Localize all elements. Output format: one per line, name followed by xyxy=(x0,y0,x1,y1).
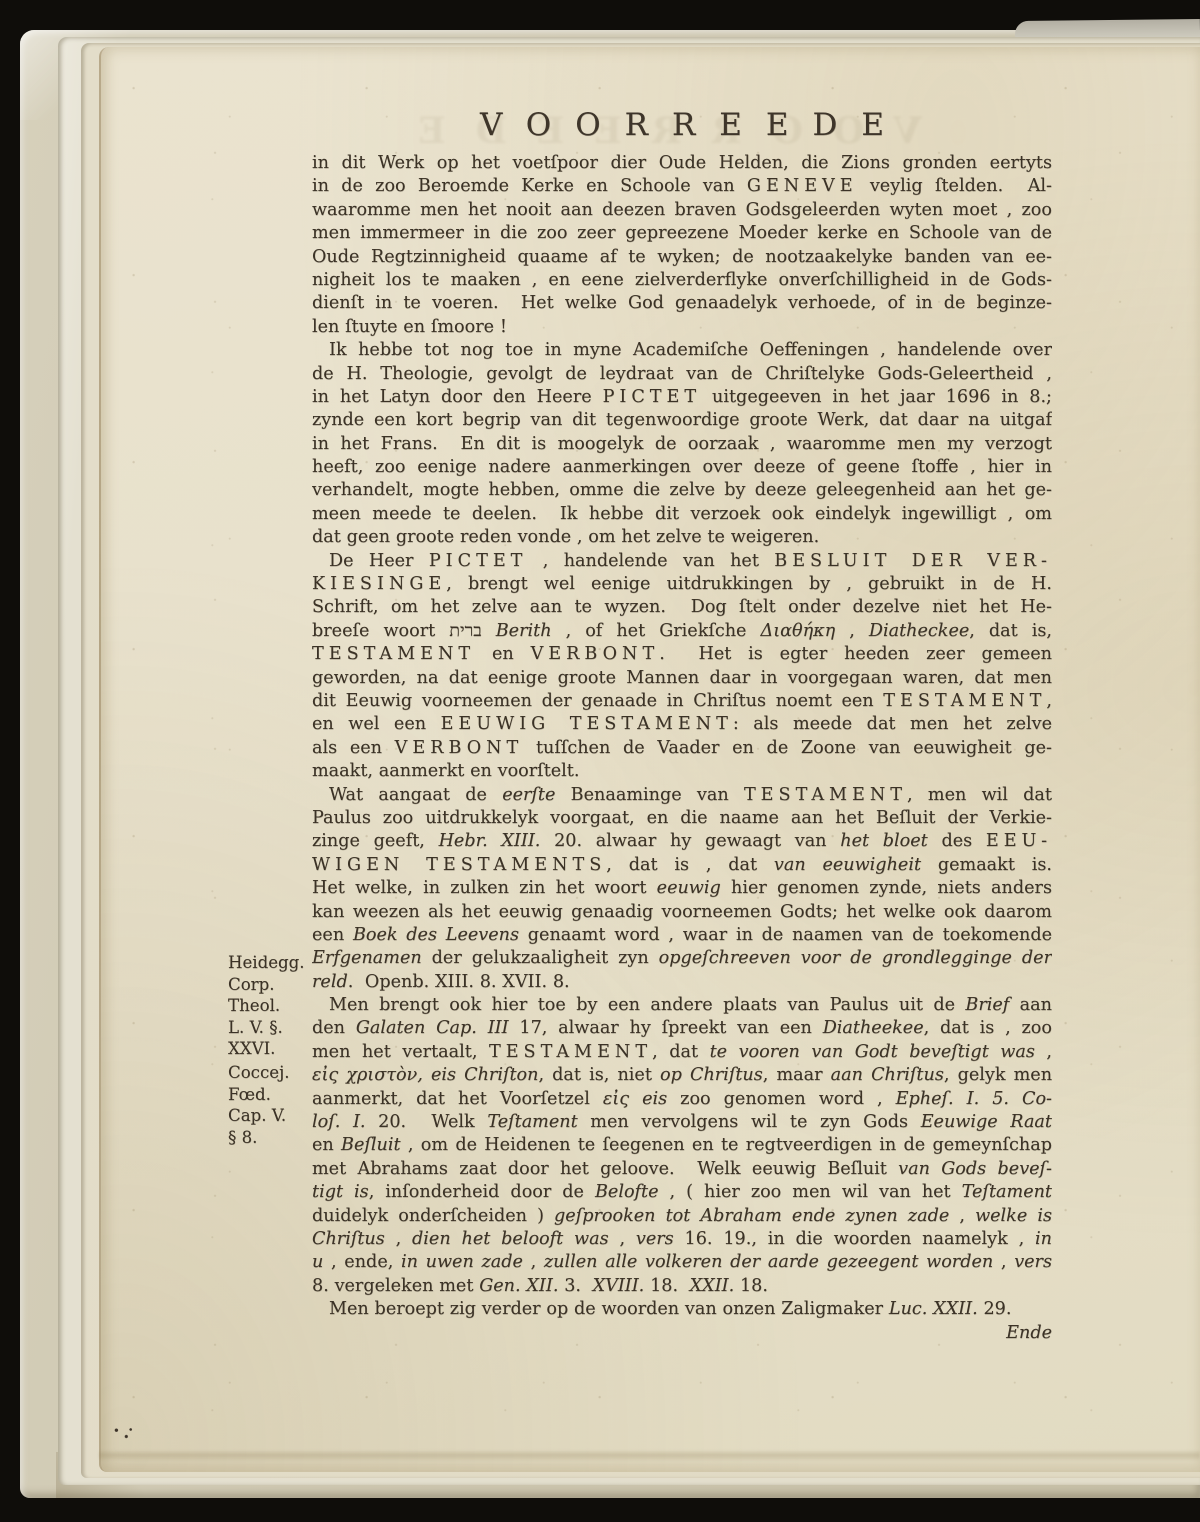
text-line: verhandelt, mogte hebben, omme die zelve… xyxy=(312,479,1052,502)
text-line: in het Frans. En dit is moogelyk de oorz… xyxy=(312,433,1052,456)
text-line: waaromme men het nooit aan deezen braven… xyxy=(312,199,1052,222)
text-line: en Beſluit , om de Heidenen te ſeegenen … xyxy=(312,1134,1052,1157)
text-line: de H. Theologie, gevolgt de leydraat van… xyxy=(312,363,1052,386)
margin-note-line: XXVI. xyxy=(228,1038,312,1060)
text-line: TESTAMENT en VERBONT. Het is egter heede… xyxy=(312,643,1052,666)
paragraph: Ik hebbe tot nog toe in myne Academiſche… xyxy=(312,339,1052,550)
text-line: loſ. I. 20. Welk Teſtament men vervolgen… xyxy=(312,1111,1052,1134)
text-line: Men brengt ook hier toe by een andere pl… xyxy=(312,994,1052,1017)
text-line: en wel een EEUWIG TESTAMENT: als meede d… xyxy=(312,713,1052,736)
text-line: tigt is, inſonderheid door de Belofte , … xyxy=(312,1181,1052,1204)
text-line: geworden, na dat eenige groote Mannen da… xyxy=(312,667,1052,690)
text-line: Paulus zoo uitdrukkelyk voorgaat, en die… xyxy=(312,807,1052,830)
text-line: u , ende, in uwen zade , zullen alle vol… xyxy=(312,1251,1052,1274)
text-line: Erfgenamen der gelukzaaligheit zyn opgeſ… xyxy=(312,947,1052,970)
text-line: Het welke, in zulken zin het woort eeuwi… xyxy=(312,877,1052,900)
text-line: men immermeer in die zoo zeer gepreezene… xyxy=(312,222,1052,245)
page-text-block: VOORREEDE in dit Werk op het voetſpoor d… xyxy=(312,103,1052,1345)
text-line: reld. Openb. XIII. 8. XVII. 8. xyxy=(312,971,1052,994)
text-line: 8. vergeleken met Gen. XII. 3. XVIII. 18… xyxy=(312,1275,1052,1298)
text-line: dat geen groote reden vonde , om het zel… xyxy=(312,526,1052,549)
ink-specks xyxy=(112,1426,134,1440)
text-line: duidelyk onderſcheiden ) geſprooken tot … xyxy=(312,1205,1052,1228)
paragraph: Men beroept zig verder op de woorden van… xyxy=(312,1298,1052,1321)
page-title: VOORREEDE xyxy=(312,103,1052,152)
margin-note-line: Theol. xyxy=(228,995,312,1017)
text-line: dit Eeuwig voorneemen der genaade in Chr… xyxy=(312,690,1052,713)
text-line: zinge geeft, Hebr. XIII. 20. alwaar hy g… xyxy=(312,830,1052,853)
text-line: Men beroept zig verder op de woorden van… xyxy=(312,1298,1052,1321)
text-line: nigheit los te maaken , en eene zielverd… xyxy=(312,269,1052,292)
margin-note-line: Cap. V. xyxy=(228,1105,312,1127)
text-line: den Galaten Cap. III 17, alwaar hy ſpree… xyxy=(312,1017,1052,1040)
paragraphs: in dit Werk op het voetſpoor dier Oude H… xyxy=(312,152,1052,1322)
margin-note-line: L. V. §. xyxy=(228,1017,312,1039)
catchword: Ende xyxy=(312,1322,1052,1345)
margin-note-line: Corp. xyxy=(228,974,312,996)
text-line: aanmerkt, dat het Voorſetzel εἰς eis zoo… xyxy=(312,1088,1052,1111)
text-line: in het Latyn door den Heere PICTET uitge… xyxy=(312,386,1052,409)
text-line: Oude Regtzinnigheid quaame af te wyken; … xyxy=(312,246,1052,269)
text-line: KIESINGE, brengt wel eenige uitdrukkinge… xyxy=(312,573,1052,596)
page-bottom-shadow xyxy=(99,1450,1200,1460)
text-line: De Heer PICTET , handelende van het BESL… xyxy=(312,550,1052,573)
text-line: breeſe woort ברית Berith , of het Griekſ… xyxy=(312,620,1052,643)
text-line: in de zoo Beroemde Kerke en Schoole van … xyxy=(312,175,1052,198)
text-line: len ſtuyte en ſmoore ! xyxy=(312,316,1052,339)
text-line: als een VERBONT tuſſchen de Vaader en de… xyxy=(312,737,1052,760)
margin-note-line: § 8. xyxy=(228,1127,312,1149)
margin-note-line: Fœd. xyxy=(228,1084,312,1106)
margin-note-line: Heidegg. xyxy=(228,952,312,974)
scanned-book-photo: { "colors":{"background":"#0f0d0a","pape… xyxy=(0,0,1200,1522)
paragraph: Wat aangaat de eerſte Benaaminge van TES… xyxy=(312,784,1052,995)
text-line: dienſt in te voeren. Het welke God genaa… xyxy=(312,292,1052,315)
paragraph: in dit Werk op het voetſpoor dier Oude H… xyxy=(312,152,1052,339)
text-line: een Boek des Leevens genaamt word , waar… xyxy=(312,924,1052,947)
text-line: heeft, zoo eenige nadere aanmerkingen ov… xyxy=(312,456,1052,479)
paragraph: De Heer PICTET , handelende van het BESL… xyxy=(312,550,1052,784)
margin-note: Coccej.Fœd.Cap. V.§ 8. xyxy=(228,1062,312,1148)
text-line: meen meede te deelen. Ik hebbe dit verzo… xyxy=(312,503,1052,526)
text-line: Wat aangaat de eerſte Benaaminge van TES… xyxy=(312,784,1052,807)
text-line: εἰς χριστὸν, eis Chriſton, dat is, niet … xyxy=(312,1064,1052,1087)
text-line: in dit Werk op het voetſpoor dier Oude H… xyxy=(312,152,1052,175)
text-line: met Abrahams zaat door het geloove. Welk… xyxy=(312,1158,1052,1181)
text-line: kan weezen als het eeuwig genaadig voorn… xyxy=(312,901,1052,924)
paragraph: Men brengt ook hier toe by een andere pl… xyxy=(312,994,1052,1298)
text-line: Schrift, om het zelve aan te wyzen. Dog … xyxy=(312,596,1052,619)
margin-note: Heidegg.Corp.Theol.L. V. §.XXVI. xyxy=(228,952,312,1060)
text-line: maakt, aanmerkt en voorſtelt. xyxy=(312,760,1052,783)
text-line: Ik hebbe tot nog toe in myne Academiſche… xyxy=(312,339,1052,362)
text-line: men het vertaalt, TESTAMENT, dat te voor… xyxy=(312,1041,1052,1064)
text-line: WIGEN TESTAMENTS, dat is , dat van eeuwi… xyxy=(312,854,1052,877)
text-line: zynde een kort begrip van dit tegenwoord… xyxy=(312,409,1052,432)
margin-note-line: Coccej. xyxy=(228,1062,312,1084)
text-line: Chriſtus , dien het belooft was , vers 1… xyxy=(312,1228,1052,1251)
